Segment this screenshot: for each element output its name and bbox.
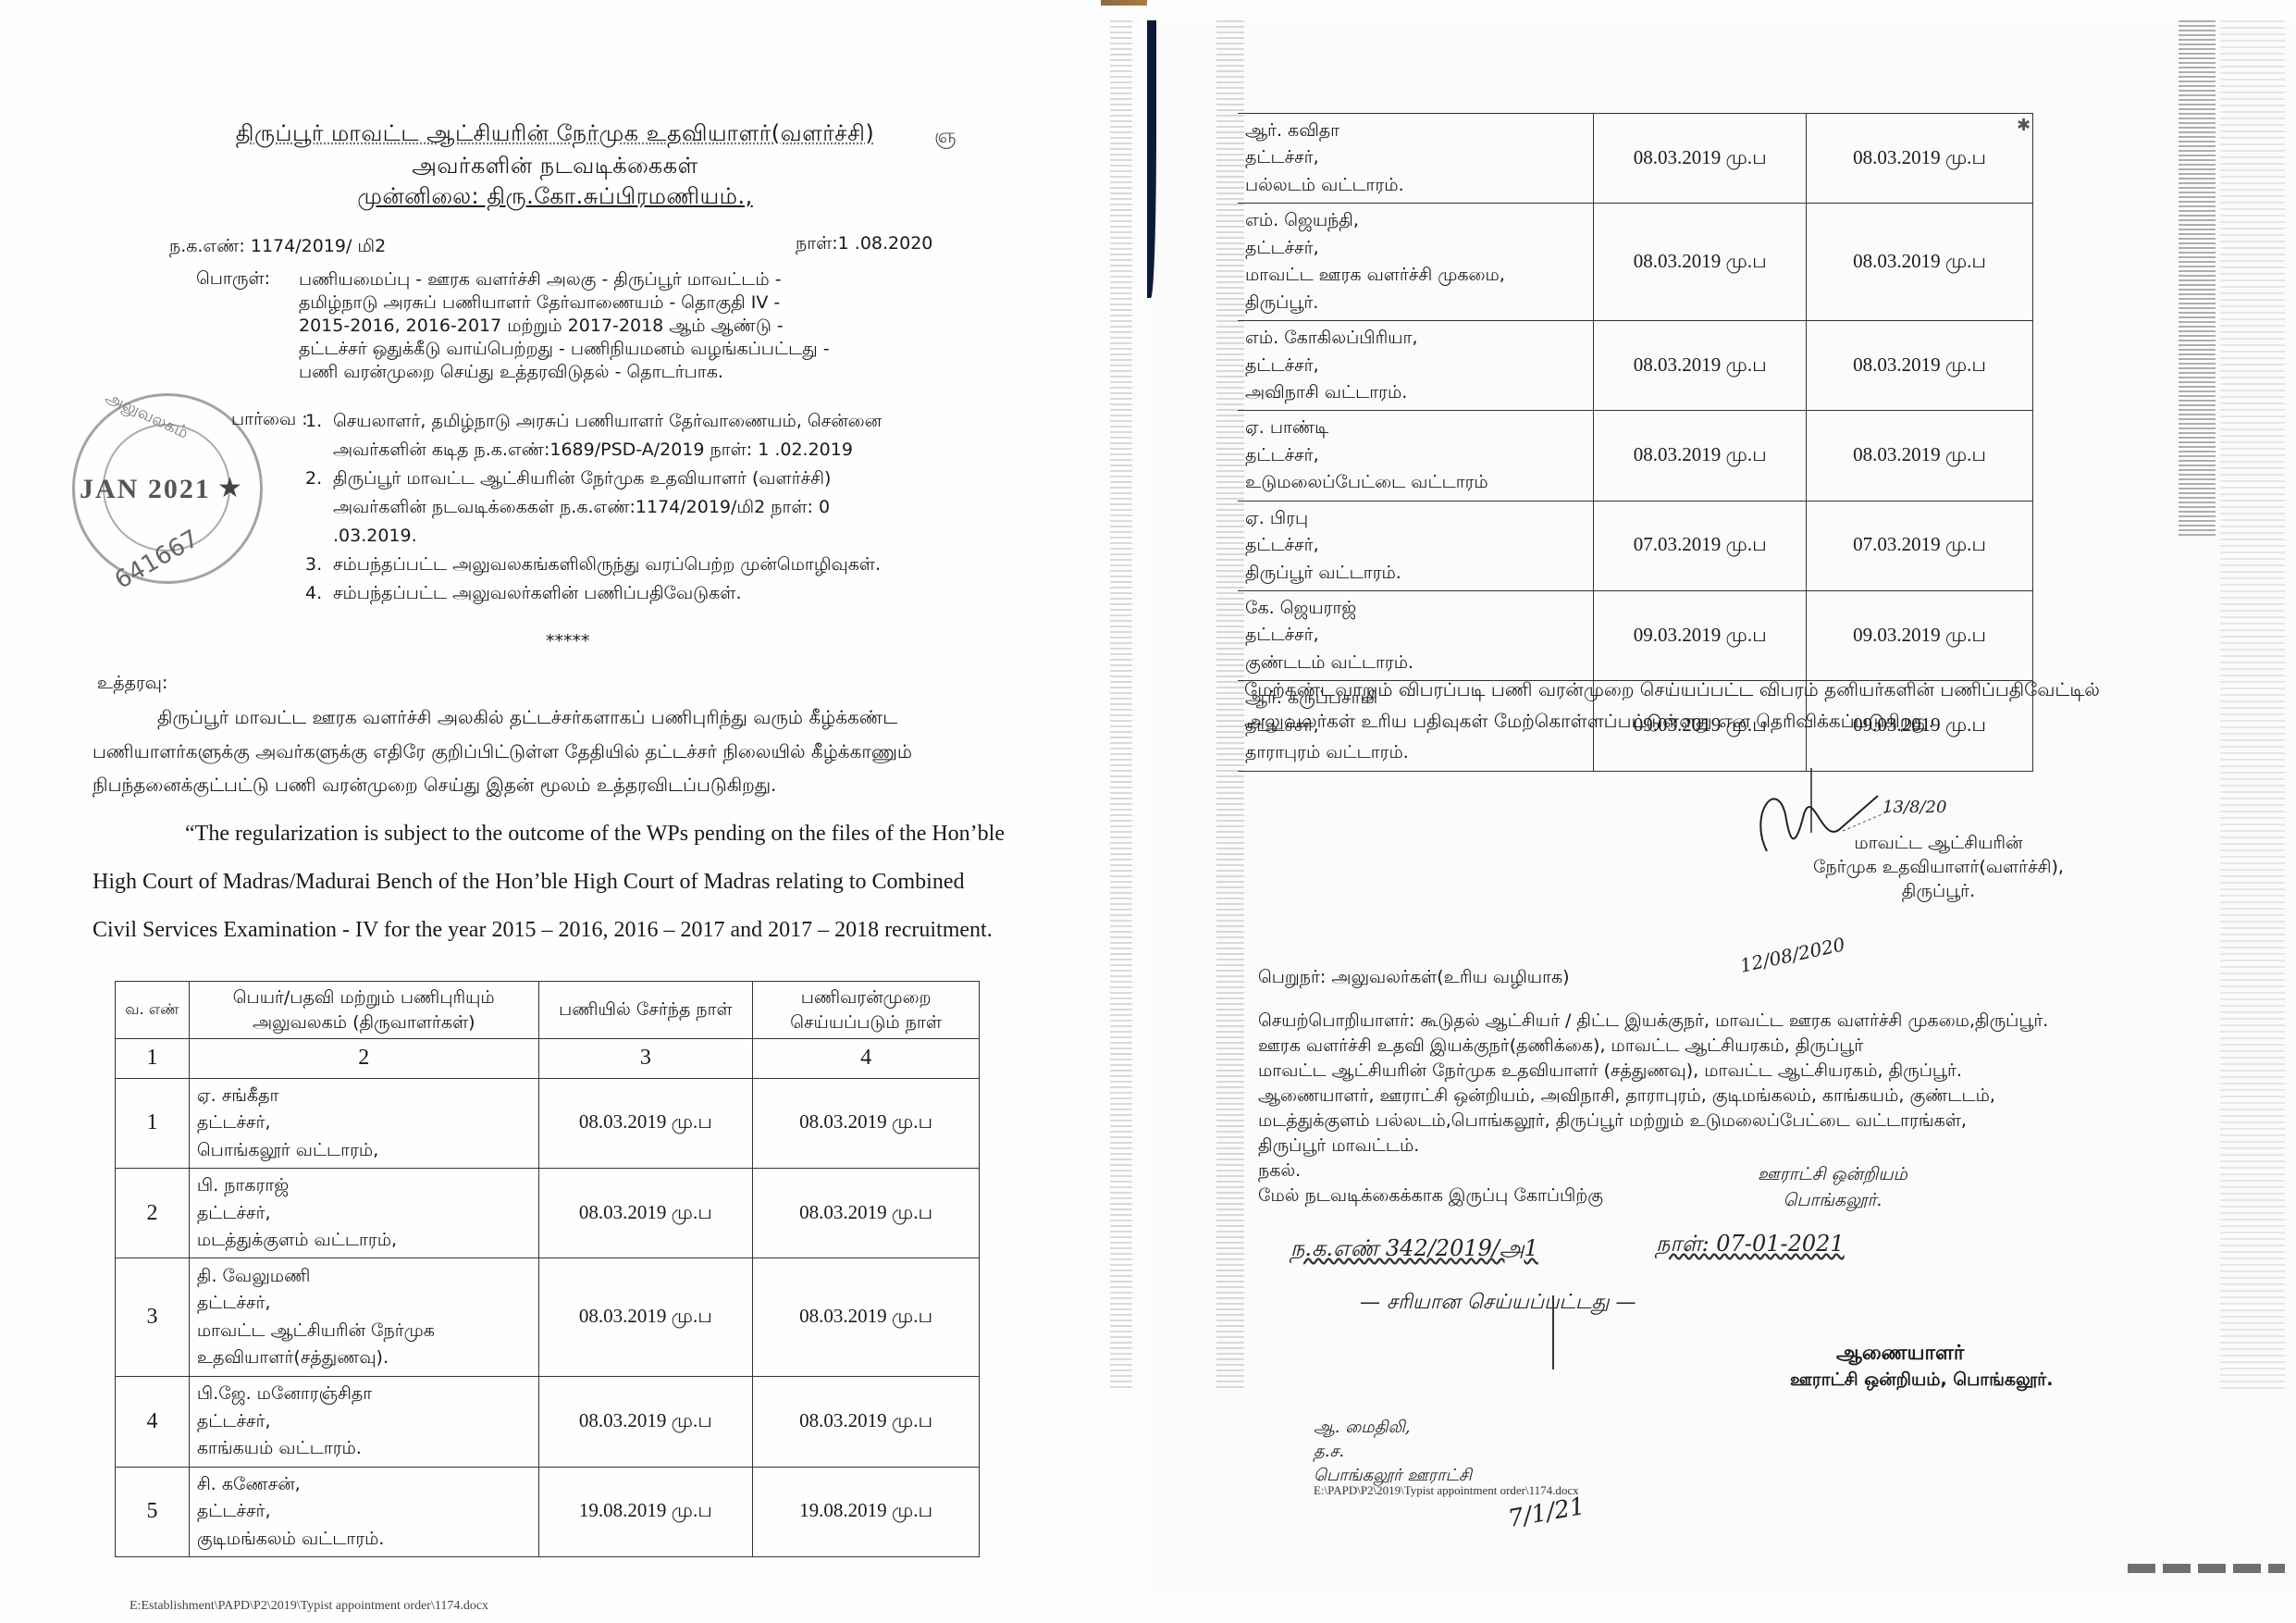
table-row: 1ஏ. சங்கீதாதட்டச்சர்,பொங்கலூர் வட்டாரம்,… bbox=[116, 1078, 980, 1168]
reference-item: 3.சம்பந்தப்பட்ட அலுவலகங்களிலிருந்து வரப்… bbox=[305, 551, 888, 579]
cell-regularized-date: 08.03.2019 மு.ப bbox=[753, 1078, 980, 1168]
table-row: 5சி. கணேசன்,தட்டச்சர்,குடிமங்கலம் வட்டார… bbox=[116, 1467, 980, 1556]
cell-joined-date: 08.03.2019 மு.ப bbox=[1594, 321, 1807, 411]
table-row: ஏ. பிரபுதட்டச்சர்,திருப்பூர் வட்டாரம்.07… bbox=[1238, 501, 2033, 590]
table-row: ஏ. பாண்டிதட்டச்சர்,உடுமலைப்பேட்டை வட்டார… bbox=[1238, 411, 2033, 501]
col-header-name: பெயர்/பதவி மற்றும் பணிபுரியும் அலுவலகம் … bbox=[189, 982, 538, 1039]
cell-regularized-date: 09.03.2019 மு.ப bbox=[1807, 591, 2033, 681]
cell-joined-date: 08.03.2019 மு.ப bbox=[538, 1258, 753, 1377]
cell-regularized-date: 08.03.2019 மு.ப bbox=[1807, 411, 2033, 501]
closing-line-1: மேற்கண்டவாறும் விபரப்படி பணி வரன்முறை செ… bbox=[1244, 678, 2100, 703]
cell-joined-date: 08.03.2019 மு.ப bbox=[538, 1377, 753, 1467]
col-number: 3 bbox=[538, 1039, 753, 1079]
order-line-2: பணியாளர்களுக்கு அவர்களுக்கு எதிரே குறிப்… bbox=[93, 740, 912, 765]
cell-name-office: பி. நாகராஜ்தட்டச்சர்,மடத்துக்குளம் வட்டா… bbox=[189, 1169, 538, 1258]
stamp-date: JAN 2021 bbox=[80, 474, 211, 505]
cell-name-office: கே. ஜெயராஜ்தட்டச்சர்,குண்டடம் வட்டாரம். bbox=[1238, 591, 1594, 681]
cell-name-office: ஆர். கவிதாதட்டச்சர்,பல்லடம் வட்டாரம். bbox=[1238, 114, 1594, 204]
cell-name-office: ஏ. சங்கீதாதட்டச்சர்,பொங்கலூர் வட்டாரம், bbox=[189, 1078, 538, 1168]
cell-sno: 3 bbox=[116, 1258, 190, 1377]
handwritten-date: நாள்: 07-01-2021 bbox=[1656, 1231, 1845, 1259]
copy-to-item: செயற்பொறியாளர்: கூடுதல் ஆட்சியர் / திட்ட… bbox=[1258, 1009, 2048, 1034]
reference-item: 4.சம்பந்தப்பட்ட அலுவலர்களின் பணிப்பதிவேட… bbox=[305, 579, 888, 608]
references-label: பார்வை : bbox=[231, 409, 308, 432]
cell-joined-date: 08.03.2019 மு.ப bbox=[538, 1078, 753, 1168]
corner-mark: ஞ bbox=[934, 125, 957, 151]
commissioner-office: ஊராட்சி ஒன்றியம், பொங்கலூர். bbox=[1790, 1369, 2053, 1393]
handwritten-recipients: ஆ. மைதிலி, த.ச. பொங்கலூர் ஊராட்சி bbox=[1314, 1416, 1472, 1488]
cell-name-office: எம். ஜெயந்தி,தட்டச்சர்,மாவட்ட ஊரக வளர்ச்… bbox=[1238, 204, 1594, 321]
cell-sno: 1 bbox=[116, 1078, 190, 1168]
table-row: கே. ஜெயராஜ்தட்டச்சர்,குண்டடம் வட்டாரம்.0… bbox=[1238, 591, 2033, 681]
reference-item: 1.செயலாளர், தமிழ்நாடு அரசுப் பணியாளர் தே… bbox=[305, 407, 888, 465]
header-line-2: அவர்களின் நடவடிக்கைகள் bbox=[194, 153, 916, 181]
cell-sno: 2 bbox=[116, 1169, 190, 1258]
closing-line-2: அலுவலர்கள் உரிய பதிவுகள் மேற்கொள்ளப்பட்ட… bbox=[1244, 710, 1934, 735]
copy-to-list: செயற்பொறியாளர்: கூடுதல் ஆட்சியர் / திட்ட… bbox=[1258, 1009, 2048, 1208]
cell-regularized-date: 08.03.2019 மு.ப bbox=[1807, 204, 2033, 321]
cell-regularized-date: 08.03.2019 மு.ப bbox=[753, 1258, 980, 1377]
table-row: 4பி.ஜே. மனோரஞ்சிதாதட்டச்சர்,காங்கயம் வட்… bbox=[116, 1377, 980, 1467]
cell-regularized-date: 08.03.2019 மு.ப bbox=[753, 1377, 980, 1467]
col-number: 1 bbox=[116, 1039, 190, 1079]
cell-name-office: ஏ. பாண்டிதட்டச்சர்,உடுமலைப்பேட்டை வட்டார… bbox=[1238, 411, 1594, 501]
recipients-label: பெறுநர்: அலுவலர்கள்(உரிய வழியாக) bbox=[1258, 967, 1570, 990]
table-header-row: வ. எண் பெயர்/பதவி மற்றும் பணிபுரியும் அல… bbox=[116, 982, 980, 1039]
file-path-footer: E:Establishment\PAPD\P2\2019\Typist appo… bbox=[130, 1599, 488, 1614]
commissioner-title: ஆணையாளர் bbox=[1836, 1342, 1964, 1368]
scan-noise-strip bbox=[2179, 20, 2216, 539]
english-condition-line-1: “The regularization is subject to the ou… bbox=[185, 822, 1005, 847]
copy-to-item: மாவட்ட ஆட்சியரின் நேர்முக உதவியாளர் (சத்… bbox=[1258, 1059, 2048, 1084]
cell-name-office: எம். கோகிலப்பிரியா,தட்டச்சர்,அவிநாசி வட்… bbox=[1238, 321, 1594, 411]
col-header-regularized: பணிவரன்முறை செய்யப்படும் நாள் bbox=[753, 982, 980, 1039]
cell-regularized-date: 08.03.2019 மு.ப bbox=[1807, 321, 2033, 411]
col-header-sno: வ. எண் bbox=[116, 982, 190, 1039]
table-column-number-row: 1 2 3 4 bbox=[116, 1039, 980, 1079]
separator-stars: ***** bbox=[546, 631, 590, 651]
stamp-signature-stroke bbox=[1552, 1295, 1554, 1369]
table-row: எம். கோகிலப்பிரியா,தட்டச்சர்,அவிநாசி வட்… bbox=[1238, 321, 2033, 411]
copy-to-item: ஊரக வளர்ச்சி உதவி இயக்குநர்(தணிக்கை), மா… bbox=[1258, 1034, 2048, 1059]
scan-edge-mark bbox=[2128, 1564, 2285, 1573]
cell-sno: 4 bbox=[116, 1377, 190, 1467]
regularization-table: வ. எண் பெயர்/பதவி மற்றும் பணிபுரியும் அல… bbox=[115, 981, 980, 1557]
cell-joined-date: 08.03.2019 மு.ப bbox=[1594, 204, 1807, 321]
cell-joined-date: 09.03.2019 மு.ப bbox=[1594, 591, 1807, 681]
stamp-star-icon: ★ bbox=[217, 472, 242, 504]
cell-joined-date: 08.03.2019 மு.ப bbox=[1594, 411, 1807, 501]
table-row: 2பி. நாகராஜ்தட்டச்சர்,மடத்துக்குளம் வட்ட… bbox=[116, 1169, 980, 1258]
col-header-joined: பணியில் சேர்ந்த நாள் bbox=[538, 982, 753, 1039]
margin-mark: ✱ bbox=[2017, 116, 2031, 135]
cell-sno: 5 bbox=[116, 1467, 190, 1556]
order-line-3: நிபந்தனைக்குட்பட்டு பணி வரன்முறை செய்து … bbox=[93, 774, 776, 799]
table-row: 3தி. வேலுமணிதட்டச்சர்,மாவட்ட ஆட்சியரின் … bbox=[116, 1258, 980, 1377]
header-line-3: முன்னிலை: திரு.கோ.சுப்பிரமணியம்., bbox=[194, 183, 916, 212]
cell-regularized-date: 08.03.2019 மு.ப bbox=[1807, 114, 2033, 204]
handwritten-true-copy: — சரியான செய்யப்பட்டது — bbox=[1360, 1291, 1636, 1317]
cell-name-office: சி. கணேசன்,தட்டச்சர்,குடிமங்கலம் வட்டாரம… bbox=[189, 1467, 538, 1556]
copy-to-item: மடத்துக்குளம் பல்லடம்,பொங்கலூர், திருப்ப… bbox=[1258, 1109, 2048, 1134]
cell-name-office: பி.ஜே. மனோரஞ்சிதாதட்டச்சர்,காங்கயம் வட்ட… bbox=[189, 1377, 538, 1467]
table-row: எம். ஜெயந்தி,தட்டச்சர்,மாவட்ட ஊரக வளர்ச்… bbox=[1238, 204, 2033, 321]
signature-date: 13/8/20 bbox=[1882, 798, 1946, 817]
reference-number: ந.க.எண்: 1174/2019/ மி2 bbox=[169, 236, 386, 259]
order-date: நாள்:1 .08.2020 bbox=[796, 233, 932, 256]
handwritten-ref-number: ந.க.எண் 342/2019/அ1 bbox=[1290, 1235, 1538, 1264]
cell-regularized-date: 08.03.2019 மு.ப bbox=[753, 1169, 980, 1258]
copy-to-item: நகல். bbox=[1258, 1158, 2048, 1183]
reference-item: 2.திருப்பூர் மாவட்ட ஆட்சியரின் நேர்முக உ… bbox=[305, 465, 888, 551]
regularization-table-continued: ஆர். கவிதாதட்டச்சர்,பல்லடம் வட்டாரம்.08.… bbox=[1238, 113, 2033, 772]
subject-label: பொருள்: bbox=[196, 268, 270, 291]
cell-regularized-date: 07.03.2019 மு.ப bbox=[1807, 501, 2033, 590]
cell-joined-date: 08.03.2019 மு.ப bbox=[1594, 114, 1807, 204]
cell-joined-date: 19.08.2019 மு.ப bbox=[538, 1467, 753, 1556]
signatory-title: மாவட்ட ஆட்சியரின் நேர்முக உதவியாளர்(வளர்… bbox=[1813, 831, 2064, 903]
header-line-1: திருப்பூர் மாவட்ட ஆட்சியரின் நேர்முக உதவ… bbox=[194, 120, 916, 149]
cell-name-office: தி. வேலுமணிதட்டச்சர்,மாவட்ட ஆட்சியரின் ந… bbox=[189, 1258, 538, 1377]
order-label: உத்தரவு: bbox=[97, 673, 167, 696]
file-path-footer-right: E:\PAPD\P2\2019\Typist appointment order… bbox=[1314, 1483, 1579, 1498]
cell-name-office: ஏ. பிரபுதட்டச்சர்,திருப்பூர் வட்டாரம். bbox=[1238, 501, 1594, 590]
english-condition-line-2: High Court of Madras/Madurai Bench of th… bbox=[93, 870, 964, 895]
cell-joined-date: 07.03.2019 மு.ப bbox=[1594, 501, 1807, 590]
cell-regularized-date: 19.08.2019 மு.ப bbox=[753, 1467, 980, 1556]
copy-to-item: திருப்பூர் மாவட்டம். bbox=[1258, 1134, 2048, 1158]
copy-to-item: மேல் நடவடிக்கைக்காக இருப்பு கோப்பிற்கு bbox=[1258, 1183, 2048, 1208]
english-condition-line-3: Civil Services Examination - IV for the … bbox=[93, 918, 993, 943]
subject-text: பணியமைப்பு - ஊரக வளர்ச்சி அலகு - திருப்ப… bbox=[299, 268, 830, 384]
copy-to-item: ஆணையாளர், ஊராட்சி ஒன்றியம், அவிநாசி, தார… bbox=[1258, 1084, 2048, 1109]
table-row: ஆர். கவிதாதட்டச்சர்,பல்லடம் வட்டாரம்.08.… bbox=[1238, 114, 2033, 204]
scan-noise-strip bbox=[2220, 20, 2285, 1390]
col-number: 2 bbox=[189, 1039, 538, 1079]
references-list: 1.செயலாளர், தமிழ்நாடு அரசுப் பணியாளர் தே… bbox=[305, 407, 888, 608]
cell-joined-date: 08.03.2019 மு.ப bbox=[538, 1169, 753, 1258]
col-number: 4 bbox=[753, 1039, 980, 1079]
order-line-1: திருப்பூர் மாவட்ட ஊரக வளர்ச்சி அலகில் தட… bbox=[157, 706, 897, 731]
handwritten-office-note: ஊராட்சி ஒன்றியம் பொங்கலூர். bbox=[1758, 1161, 1907, 1213]
scan-noise-strip bbox=[1110, 20, 1132, 1390]
